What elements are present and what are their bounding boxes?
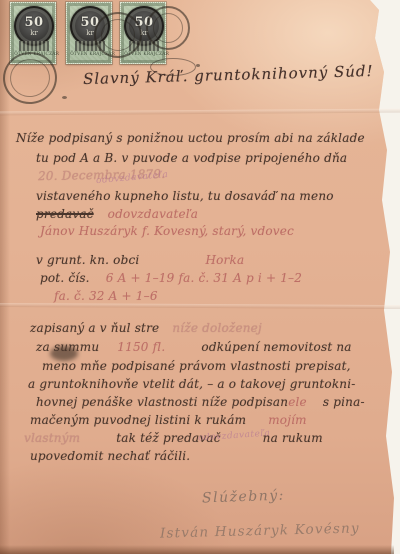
line-14-text: hovnej penáške vlastnosti níže podpisan (36, 395, 288, 409)
body-line-17: upovedomit nechať ráčili. (30, 449, 190, 463)
line-16-insert: vlastným (24, 431, 80, 445)
body-line-7: v grunt. kn. obci Horka (36, 253, 244, 267)
body-line-2: tu pod A a B. v puvode a vodpise pripoje… (36, 151, 347, 165)
line-7-text: v grunt. kn. obci (36, 253, 139, 267)
body-line-16: vlastným tak též predavač na rukum (24, 431, 323, 445)
stamp-value: 50 (24, 16, 43, 29)
body-line-6-name: Jánov Huszáryk f. Kovesný, starý, vdovec (40, 224, 294, 238)
body-line-5: predavač odovzdavateľa (36, 207, 198, 221)
document-scan: 50 kr ÖTVEN KRAJCZÁR 50 kr ÖTVEN KRAJCZÁ… (0, 0, 400, 554)
body-line-14: hovnej penáške vlastnosti níže podpisane… (36, 395, 365, 409)
village-name: Horka (205, 253, 244, 267)
parcel-numbers-1: 6 A + 1–19 fa. č. 31 A p i + 1–2 (106, 271, 302, 285)
body-line-11: za summu 1150 fl. odkúpení nemovitost na (36, 340, 352, 354)
correction-word: odovzdavateľa (108, 207, 199, 221)
line-14-end: s pina- (323, 395, 365, 409)
body-line-13: a gruntoknihovňe vtelit dát, – a o takov… (28, 377, 356, 391)
sum-label: za summu (36, 340, 99, 354)
line-15-text: mačeným puvodnej listini k rukám (30, 413, 246, 427)
stamp-engraving-detail (19, 41, 49, 51)
body-line-10: zapisaný a v ňul stre níže doloženej (30, 321, 262, 335)
postmark-speck (62, 96, 67, 99)
paper-bottom-edge-shadow (0, 545, 394, 554)
sum-amount: 1150 fl. (117, 340, 165, 354)
line-10-insert: níže doloženej (172, 321, 262, 335)
line-10-text: zapisaný a v ňul stre (30, 321, 159, 335)
closing-phrase: Slúžebný: (202, 488, 285, 507)
stamp-unit: kr (30, 29, 38, 37)
stamp-unit: kr (86, 29, 94, 37)
body-line-15: mačeným puvodnej listini k rukám mojím (30, 413, 307, 427)
postmark-circle-right (146, 6, 190, 50)
line-16-end: na rukum (263, 431, 323, 445)
body-line-4: vistaveného kupneho listu, tu dosaváď na… (36, 189, 334, 203)
line-11-text: odkúpení nemovitost na (201, 340, 351, 354)
body-line-1: Níže podpisaný s ponižnou uctou prosím a… (16, 131, 365, 145)
line-14-insert: ele (288, 395, 307, 409)
stamp-medallion-icon: 50 kr (14, 6, 54, 46)
body-line-8: pot. čís. 6 A + 1–19 fa. č. 31 A p i + 1… (40, 271, 302, 285)
line-8-label: pot. čís. (40, 271, 90, 285)
line-15-insert: mojím (268, 413, 307, 427)
postmark-circle-middle (94, 12, 142, 58)
body-line-12: meno mňe podpisané právom vlastnosti pre… (42, 359, 351, 373)
body-line-9-parcel-numbers: fa. č. 32 A + 1–6 (54, 289, 158, 303)
struck-word: predavač (36, 207, 94, 221)
